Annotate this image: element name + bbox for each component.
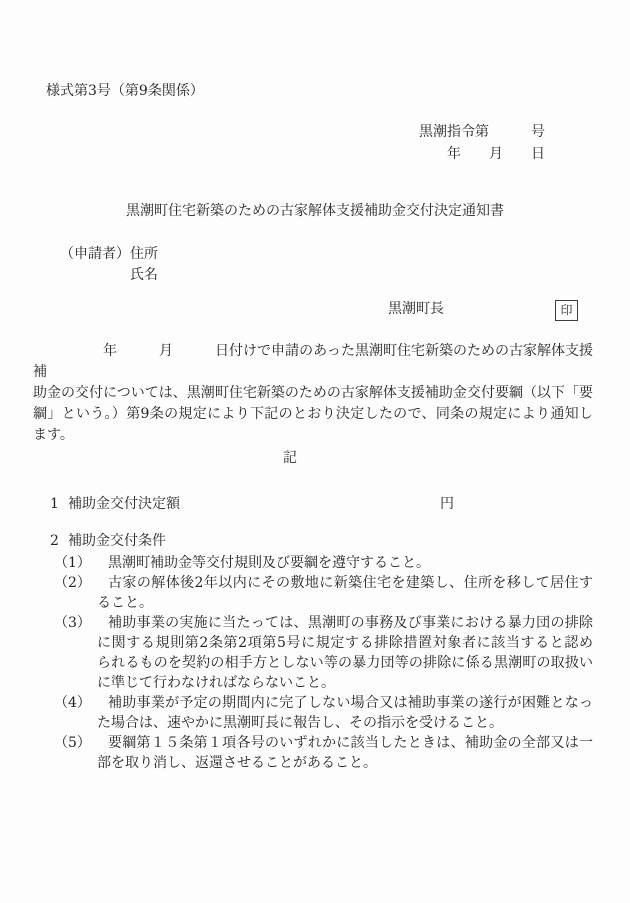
condition-item-2: （2） 古家の解体後2年以内にその敷地に新築住宅を建築し、住所を移して居住す る…: [33, 573, 593, 613]
condition-item-5: （5） 要綱第１５条第１項各号のいずれかに該当したときは、補助金の全部又は一 部…: [33, 733, 593, 773]
applicant-block: （申請者） 住所 氏名: [60, 244, 158, 286]
section-number: 1: [50, 494, 59, 514]
condition-line: 黒潮町補助金等交付規則及び要綱を遵守すること。: [97, 553, 593, 573]
condition-line: に準じて行わなければならないこと。: [97, 673, 593, 693]
mayor-title: 黒潮町長: [388, 299, 444, 319]
condition-item-4: （4） 補助事業が予定の期間内に完了しない場合又は補助事業の遂行が困難となっ た…: [33, 693, 593, 733]
condition-line: 要綱第１５条第１項各号のいずれかに該当したときは、補助金の全部又は一: [97, 733, 593, 753]
condition-line: 古家の解体後2年以内にその敷地に新築住宅を建築し、住所を移して居住す: [97, 573, 593, 593]
condition-item-1: （1） 黒潮町補助金等交付規則及び要綱を遵守すること。: [33, 553, 593, 573]
condition-line: られるものを契約の相手方としない等の暴力団等の排除に係る黒潮町の取扱い: [97, 653, 593, 673]
record-marker: 記: [0, 448, 630, 468]
intro-line: ます。: [33, 425, 593, 446]
section-grant-conditions: 2 補助金交付条件: [33, 531, 593, 551]
intro-line: 助金の交付については、黒潮町住宅新築のための古家解体支援補助金交付要綱（以下「要: [33, 383, 593, 404]
directive-number-line: 黒潮指令第 号: [419, 121, 545, 143]
condition-label: （4）: [54, 693, 91, 713]
directive-block: 黒潮指令第 号 年 月 日: [419, 121, 545, 165]
condition-line: 部を取り消し、返還させることがあること。: [97, 753, 593, 773]
document-title: 黒潮町住宅新築のための古家解体支援補助金交付決定通知書: [0, 201, 630, 221]
applicant-label: （申請者）: [60, 244, 130, 286]
conditions-list: （1） 黒潮町補助金等交付規則及び要綱を遵守すること。 （2） 古家の解体後2年…: [33, 553, 593, 773]
applicant-name-label: 氏名: [130, 265, 158, 286]
condition-line: 補助事業が予定の期間内に完了しない場合又は補助事業の遂行が困難となっ: [97, 693, 593, 713]
condition-line: た場合は、速やかに黒潮町長に報告し、その指示を受けること。: [97, 713, 593, 733]
form-number: 様式第3号（第9条関係）: [46, 81, 204, 101]
directive-date-line: 年 月 日: [419, 143, 545, 165]
section-grant-amount: 1 補助金交付決定額 円: [33, 494, 593, 514]
condition-line: に関する規則第2条第2項第5号に規定する排除措置対象者に該当すると認め: [97, 633, 593, 653]
document-page: 様式第3号（第9条関係） 黒潮指令第 号 年 月 日 黒潮町住宅新築のための古家…: [0, 0, 630, 903]
applicant-fields: 住所 氏名: [130, 244, 158, 286]
section-number: 2: [50, 531, 59, 551]
condition-label: （1）: [54, 553, 91, 573]
seal-box: 印: [555, 300, 578, 321]
section-label: 補助金交付決定額: [68, 496, 180, 512]
condition-line: ること。: [97, 593, 593, 613]
condition-label: （3）: [54, 613, 91, 633]
intro-line: 綱」という。）第9条の規定により下記のとおり決定したので、同条の規定により通知し: [33, 404, 593, 425]
condition-item-3: （3） 補助事業の実施に当たっては、黒潮町の事務及び事業における暴力団の排除 に…: [33, 613, 593, 693]
intro-line: 年 月 日付けで申請のあった黒潮町住宅新築のための古家解体支援補: [33, 341, 593, 383]
yen-unit: 円: [440, 494, 454, 514]
section-label: 補助金交付条件: [68, 533, 166, 549]
condition-line: 補助事業の実施に当たっては、黒潮町の事務及び事業における暴力団の排除: [97, 613, 593, 633]
intro-paragraph: 年 月 日付けで申請のあった黒潮町住宅新築のための古家解体支援補 助金の交付につ…: [33, 341, 593, 446]
applicant-address-label: 住所: [130, 244, 158, 265]
condition-label: （2）: [54, 573, 91, 593]
condition-label: （5）: [54, 733, 91, 753]
